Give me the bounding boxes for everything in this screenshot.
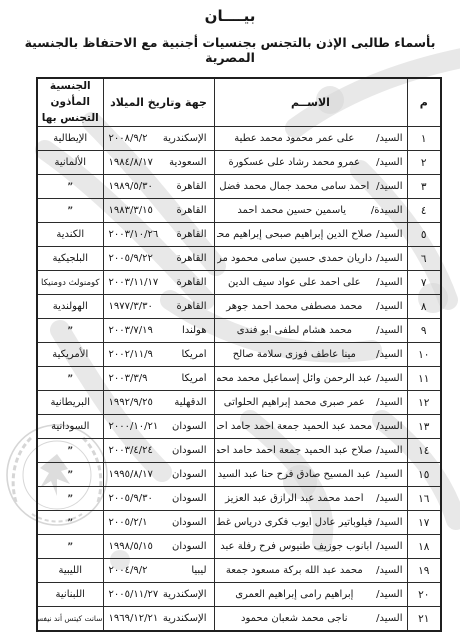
birth-date: ٢٠٠٣/٤/٢٤ [109,445,153,456]
birth-date: ٢٠٠٣/٣/٩ [109,373,148,384]
name-cell: السيد/صلاح الدين إبراهيم صبحى إبراهيم مح… [214,223,407,247]
nationality-cell: كومنولث دومنيكا [37,271,103,295]
name-cell: السيد/عمرو محمد رشاد على عسكورة [214,151,407,175]
birth-date: ١٩٨٤/٨/١٧ [109,157,153,168]
person-name: صلاح عبد الحميد جمعة أحمد حامد أحمد [217,445,373,456]
person-name: أحمد محمد عبد الرازق عبد العزيز [217,493,373,504]
serial-cell: ٢١ [407,607,441,632]
birth-date: ٢٠٠٣/٧/١٩ [109,325,153,336]
birth-place: ليبيا [191,565,206,576]
birth-place: القاهرة [177,229,207,240]
nationality-ditto-mark: ” [37,487,103,511]
person-name: محمد عبد الحميد جمعة أحمد حامد أحمد [217,421,373,432]
honorific-prefix: السيد/ [376,133,402,144]
birth-date: ٢٠٠٠/١٠/٢١ [109,421,159,432]
serial-cell: ١ [407,127,441,151]
table-row: ٣السيد/أحمد سامى محمد جمال محمد فضلالقاه… [37,175,441,199]
serial-cell: ٢٠ [407,583,441,607]
name-cell: السيد/مينا عاطف فوزى سلامة صالح [214,343,407,367]
serial-cell: ١٠ [407,343,441,367]
honorific-prefix: السيد/ [376,301,402,312]
name-cell: السيد/عبد الرحمن وائل إسماعيل محمد محمد … [214,367,407,391]
serial-cell: ٣ [407,175,441,199]
name-cell: السيد/أحمد سامى محمد جمال محمد فضل [214,175,407,199]
birth-place: القاهرة [177,253,207,264]
serial-cell: ١٢ [407,391,441,415]
person-name: صلاح الدين إبراهيم صبحى إبراهيم محمد [217,229,373,240]
birth-place: هولندا [182,325,207,336]
serial-cell: ١٧ [407,511,441,535]
birth-place: السودان [172,469,207,480]
person-name: على عمر محمود محمد عطية [217,133,373,144]
serial-cell: ١١ [407,367,441,391]
birth-cell: القاهرة١٩٨٣/٣/١٥ [103,199,214,223]
person-name: محمد مصطفى محمد أحمد جوهر [217,301,373,312]
page-subtitle: بأسماء طالبى الإذن بالتجنس بجنسيات أجنبي… [4,35,456,65]
serial-cell: ١٨ [407,535,441,559]
nationality-cell: الهولندية [37,295,103,319]
birth-cell: الإسكندرية١٩٦٩/١٢/٢١ [103,607,214,632]
birth-cell: القاهرة١٩٨٩/٥/٣٠ [103,175,214,199]
birth-place: السودان [172,541,207,552]
birth-cell: القاهرة٢٠٠٣/١٠/٢٦ [103,223,214,247]
honorific-prefix: السيد/ [376,517,402,528]
person-name: محمد هشام لطفى أبو فندى [217,325,373,336]
serial-cell: ١٤ [407,439,441,463]
name-cell: السيد/محمد عبد الله بركة مسعود جمعة [214,559,407,583]
honorific-prefix: السيد/ [376,445,402,456]
birth-place: القاهرة [177,301,207,312]
name-cell: السيد/ناجى محمد شعبان محمود [214,607,407,632]
col-header-birth: جهة وتاريخ الميلاد [103,78,214,127]
birth-cell: الدقهلية١٩٩٢/٩/٢٥ [103,391,214,415]
birth-cell: السودان٢٠٠٠/١٠/٢١ [103,415,214,439]
birth-place: القاهرة [177,205,207,216]
table-row: ١٧السيد/فيلوباتير عادل أيوب فكرى درياس غ… [37,511,441,535]
nationality-cell: الإيطالية [37,127,103,151]
nationality-cell: السودانية [37,415,103,439]
birth-place: أمريكا [181,373,206,384]
nationality-ditto-mark: ” [37,367,103,391]
nationality-cell: الليبية [37,559,103,583]
col-header-name: الاســم [214,78,407,127]
birth-date: ٢٠٠٥/٩/٣٠ [109,493,153,504]
person-name: أبانوب جوزيف طنيوس فرح رفلة عبد المسيح [217,541,373,552]
birth-cell: السودان١٩٩٨/٥/١٥ [103,535,214,559]
person-name: إبراهيم رامى إبراهيم العمرى [217,589,373,600]
person-name: عبد الرحمن وائل إسماعيل محمد محمد الحاوى [217,373,373,384]
nationality-cell: الأمريكية [37,343,103,367]
birth-date: ١٩٨٣/٣/١٥ [109,205,153,216]
birth-cell: الإسكندرية٢٠٠٨/٩/٢ [103,127,214,151]
header-row: م الاســم جهة وتاريخ الميلاد الجنسية الم… [37,78,441,127]
applicants-table: م الاســم جهة وتاريخ الميلاد الجنسية الم… [36,77,442,632]
birth-date: ٢٠٠٥/٩/٢٢ [109,253,153,264]
table-row: ٥السيد/صلاح الدين إبراهيم صبحى إبراهيم م… [37,223,441,247]
birth-date: ٢٠٠٥/١١/٢٧ [109,589,159,600]
birth-cell: أمريكا٢٠٠٢/١١/٩ [103,343,214,367]
birth-date: ٢٠٠٣/١١/١٧ [109,277,159,288]
table-body: ١السيد/على عمر محمود محمد عطيةالإسكندرية… [37,127,441,632]
nationality-ditto-mark: ” [37,199,103,223]
honorific-prefix: السيد/ [376,253,402,264]
honorific-prefix: السيد/ [376,397,402,408]
birth-place: السودان [172,445,207,456]
birth-place: القاهرة [177,181,207,192]
honorific-prefix: السيد/ [376,493,402,504]
honorific-prefix: السيد/ [376,541,402,552]
serial-cell: ٩ [407,319,441,343]
honorific-prefix: السيدة/ [371,205,403,216]
table-row: ١٦السيد/أحمد محمد عبد الرازق عبد العزيزا… [37,487,441,511]
table-row: ١٥السيد/عبد المسيح صادق فرح حنا عبد السي… [37,463,441,487]
nationality-ditto-mark: ” [37,511,103,535]
table-row: ٧السيد/على أحمد على عواد سيف الدينالقاهر… [37,271,441,295]
honorific-prefix: السيد/ [376,373,402,384]
table-row: ١٢السيد/عمر صبرى محمد إبراهيم الحلواتىال… [37,391,441,415]
birth-cell: القاهرة١٩٧٧/٣/٣٠ [103,295,214,319]
person-name: على أحمد على عواد سيف الدين [217,277,373,288]
birth-cell: الإسكندرية٢٠٠٥/١١/٢٧ [103,583,214,607]
name-cell: السيد/على عمر محمود محمد عطية [214,127,407,151]
birth-place: السودان [172,421,207,432]
name-cell: السيد/محمد مصطفى محمد أحمد جوهر [214,295,407,319]
table-row: ٩السيد/محمد هشام لطفى أبو فندىهولندا٢٠٠٣… [37,319,441,343]
serial-cell: ١٩ [407,559,441,583]
birth-place: الإسكندرية [163,133,207,144]
table-row: ٤السيدة/ياسمين حسين محمد أحمدالقاهرة١٩٨٣… [37,199,441,223]
table-row: ١١السيد/عبد الرحمن وائل إسماعيل محمد محم… [37,367,441,391]
name-cell: السيد/عمر صبرى محمد إبراهيم الحلواتى [214,391,407,415]
page-title: بيــــان [0,7,460,25]
birth-cell: السودان١٩٩٥/٨/١٧ [103,463,214,487]
honorific-prefix: السيد/ [376,325,402,336]
col-header-nationality: الجنسية المأذون التجنس بها [37,78,103,127]
nationality-cell: البلجيكية [37,247,103,271]
honorific-prefix: السيد/ [376,157,402,168]
person-name: عمرو محمد رشاد على عسكورة [217,157,373,168]
birth-date: ١٩٨٩/٥/٣٠ [109,181,153,192]
name-cell: السيد/صلاح عبد الحميد جمعة أحمد حامد أحم… [214,439,407,463]
table-row: ١٩السيد/محمد عبد الله بركة مسعود جمعةليب… [37,559,441,583]
birth-cell: القاهرة٢٠٠٥/٩/٢٢ [103,247,214,271]
col-header-serial: م [407,78,441,127]
table-row: ١٨السيد/أبانوب جوزيف طنيوس فرح رفلة عبد … [37,535,441,559]
honorific-prefix: السيد/ [376,181,402,192]
person-name: فيلوباتير عادل أيوب فكرى درياس غطاس [217,517,373,528]
birth-place: السعودية [169,157,206,168]
name-cell: السيد/محمد عبد الحميد جمعة أحمد حامد أحم… [214,415,407,439]
name-cell: السيد/أبانوب جوزيف طنيوس فرح رفلة عبد ال… [214,535,407,559]
table-row: ١السيد/على عمر محمود محمد عطيةالإسكندرية… [37,127,441,151]
name-cell: السيدة/ياسمين حسين محمد أحمد [214,199,407,223]
birth-date: ٢٠٠٢/١١/٩ [109,349,153,360]
table-row: ٢٠السيد/إبراهيم رامى إبراهيم العمرىالإسك… [37,583,441,607]
person-name: محمد عبد الله بركة مسعود جمعة [217,565,373,576]
nationality-ditto-mark: ” [37,535,103,559]
birth-date: ١٩٩٥/٨/١٧ [109,469,153,480]
table-row: ١٠السيد/مينا عاطف فوزى سلامة صالحأمريكا٢… [37,343,441,367]
honorific-prefix: السيد/ [376,229,402,240]
birth-place: الإسكندرية [163,613,207,624]
name-cell: السيد/إبراهيم رامى إبراهيم العمرى [214,583,407,607]
person-name: ياسمين حسين محمد أحمد [217,205,367,216]
birth-cell: السعودية١٩٨٤/٨/١٧ [103,151,214,175]
honorific-prefix: السيد/ [376,589,402,600]
birth-cell: أمريكا٢٠٠٣/٣/٩ [103,367,214,391]
birth-date: ٢٠٠٥/٢/١ [109,517,148,528]
birth-cell: ليبيا٢٠٠٤/٩/٢ [103,559,214,583]
name-cell: السيد/على أحمد على عواد سيف الدين [214,271,407,295]
honorific-prefix: السيد/ [376,565,402,576]
serial-cell: ٥ [407,223,441,247]
name-cell: السيد/محمد هشام لطفى أبو فندى [214,319,407,343]
birth-date: ٢٠٠٣/١٠/٢٦ [109,229,159,240]
birth-cell: السودان٢٠٠٥/٢/١ [103,511,214,535]
table-row: ٦السيد/داريان حمدى حسين سامى محمود مراد … [37,247,441,271]
serial-cell: ٢ [407,151,441,175]
serial-cell: ١٣ [407,415,441,439]
serial-cell: ١٥ [407,463,441,487]
nationality-ditto-mark: ” [37,175,103,199]
birth-place: السودان [172,493,207,504]
birth-date: ١٩٦٩/١٢/٢١ [109,613,159,624]
birth-cell: القاهرة٢٠٠٣/١١/١٧ [103,271,214,295]
birth-place: السودان [172,517,207,528]
honorific-prefix: السيد/ [376,421,402,432]
honorific-prefix: السيد/ [376,349,402,360]
name-cell: السيد/فيلوباتير عادل أيوب فكرى درياس غطا… [214,511,407,535]
person-name: ناجى محمد شعبان محمود [217,613,373,624]
name-cell: السيد/داريان حمدى حسين سامى محمود مراد س… [214,247,407,271]
serial-cell: ١٦ [407,487,441,511]
honorific-prefix: السيد/ [376,469,402,480]
honorific-prefix: السيد/ [376,277,402,288]
nationality-ditto-mark: ” [37,439,103,463]
nationality-cell: اللبنانية [37,583,103,607]
birth-date: ٢٠٠٨/٩/٢ [109,133,148,144]
name-cell: السيد/أحمد محمد عبد الرازق عبد العزيز [214,487,407,511]
table-row: ١٤السيد/صلاح عبد الحميد جمعة أحمد حامد أ… [37,439,441,463]
birth-place: الإسكندرية [163,589,207,600]
birth-cell: هولندا٢٠٠٣/٧/١٩ [103,319,214,343]
birth-place: أمريكا [181,349,206,360]
birth-date: ١٩٧٧/٣/٣٠ [109,301,153,312]
table-row: ٢السيد/عمرو محمد رشاد على عسكورةالسعودية… [37,151,441,175]
birth-date: ١٩٩٢/٩/٢٥ [109,397,153,408]
table-row: ٢١السيد/ناجى محمد شعبان محمودالإسكندرية١… [37,607,441,632]
serial-cell: ٦ [407,247,441,271]
nationality-cell: الألمانية [37,151,103,175]
serial-cell: ٤ [407,199,441,223]
person-name: داريان حمدى حسين سامى محمود مراد سامى [217,253,373,264]
person-name: عمر صبرى محمد إبراهيم الحلواتى [217,397,373,408]
table-row: ١٣السيد/محمد عبد الحميد جمعة أحمد حامد أ… [37,415,441,439]
person-name: أحمد سامى محمد جمال محمد فضل [217,181,373,192]
serial-cell: ٧ [407,271,441,295]
birth-place: القاهرة [177,277,207,288]
nationality-ditto-mark: ” [37,319,103,343]
birth-date: ٢٠٠٤/٩/٢ [109,565,148,576]
nationality-ditto-mark: ” [37,463,103,487]
honorific-prefix: السيد/ [376,613,402,624]
nationality-cell: البريطانية [37,391,103,415]
birth-cell: السودان٢٠٠٥/٩/٣٠ [103,487,214,511]
birth-date: ١٩٩٨/٥/١٥ [109,541,153,552]
birth-place: الدقهلية [174,397,206,408]
nationality-cell: الكندية [37,223,103,247]
table-header: م الاســم جهة وتاريخ الميلاد الجنسية الم… [37,78,441,127]
serial-cell: ٨ [407,295,441,319]
name-cell: السيد/عبد المسيح صادق فرح حنا عبد السيد [214,463,407,487]
person-name: مينا عاطف فوزى سلامة صالح [217,349,373,360]
nationality-cell: سانت كيتس أند نيفس [37,607,103,632]
document-page: بيــــان بأسماء طالبى الإذن بالتجنس بجنس… [0,7,460,632]
person-name: عبد المسيح صادق فرح حنا عبد السيد [217,469,373,480]
birth-cell: السودان٢٠٠٣/٤/٢٤ [103,439,214,463]
table-row: ٨السيد/محمد مصطفى محمد أحمد جوهرالقاهرة١… [37,295,441,319]
